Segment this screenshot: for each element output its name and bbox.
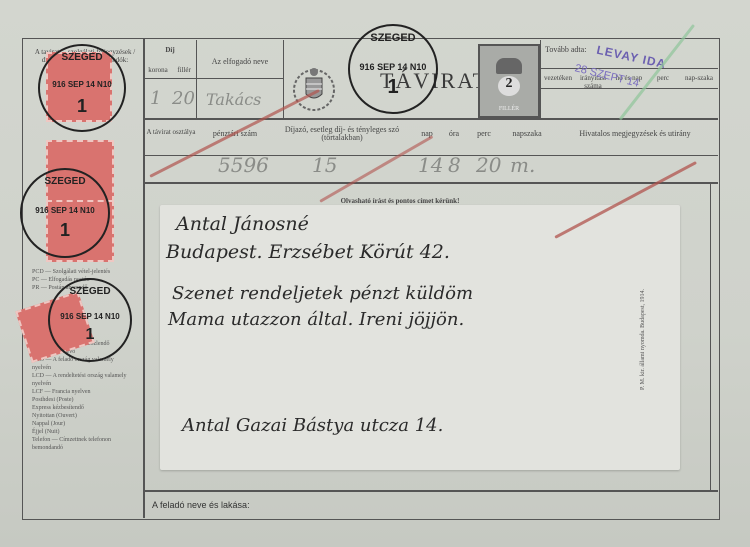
address-line: Budapest. Erzsébet Körút 42. xyxy=(166,241,450,263)
postmark-city: SZEGED xyxy=(350,32,436,44)
acceptor-header: Az elfogadó neve xyxy=(200,58,280,66)
imprinted-stamp: 2 FILLÉR xyxy=(478,44,540,118)
body-line-1: Szenet rendeljetek pénzt küldöm xyxy=(172,283,473,304)
postmark-1: SZEGED 916 SEP 14 N10 1 xyxy=(38,44,126,132)
col-remarks: Hivatalos megjegyzések és utirány xyxy=(556,130,714,138)
coat-of-arms-icon xyxy=(290,60,338,112)
forward-sub-rule2 xyxy=(540,88,718,89)
period-value: m. xyxy=(510,153,535,177)
fee-korona-value: 1 xyxy=(150,88,161,109)
forward-sub-rule xyxy=(540,68,718,69)
col-words: Díjazó, esetleg díj- és tényleges szó (t… xyxy=(276,126,408,142)
right-margin-rule xyxy=(710,184,711,490)
postmark-3: SZEGED 916 SEP 14 N10 1 xyxy=(48,278,132,362)
forward-col-5: nap-szaka xyxy=(682,74,716,82)
postmark-date: 916 SEP 14 N10 xyxy=(22,206,108,215)
postmark-number: 1 xyxy=(40,96,124,117)
postmark-number: 1 xyxy=(22,220,108,241)
postmark-date: 916 SEP 14 N10 xyxy=(350,62,436,72)
crown-icon xyxy=(496,58,522,74)
postmark-2: SZEGED 916 SEP 14 N10 1 xyxy=(20,168,110,258)
sender-label: A feladó neve és lakása: xyxy=(152,500,250,510)
cashier-number-value: 5596 xyxy=(218,153,269,177)
legend-item: Nyitottan (Ouvert) xyxy=(32,412,132,420)
forward-col-1: vezetéken xyxy=(542,74,574,82)
sender-row-rule xyxy=(143,490,718,492)
legend-item: Express kézbesítendő xyxy=(32,404,132,412)
day-value: 14 xyxy=(418,153,443,177)
fee-filler-value: 20 xyxy=(172,88,195,109)
col-hour: óra xyxy=(442,130,466,138)
message-slip: Antal Jánosné Budapest. Erzsébet Körút 4… xyxy=(160,205,680,470)
fee-filler-label: fillér xyxy=(172,66,196,74)
col-class: A távirat osztálya xyxy=(146,128,196,136)
telegram-form: A tavirat ... szolgálati feljegyzések / … xyxy=(0,0,750,547)
legend-item: LCD — A rendeltetési ország valamely nye… xyxy=(32,372,132,388)
postmark-city: SZEGED xyxy=(22,176,108,187)
signature-line: Antal Gazai Bástya utcza 14. xyxy=(182,415,443,436)
legend-item: Nappal (Jour) xyxy=(32,420,132,428)
fee-acceptor-divider xyxy=(196,40,197,118)
postmark-city: SZEGED xyxy=(50,286,130,297)
legend-item: LCF — Francia nyelven xyxy=(32,388,132,396)
left-column-rule xyxy=(143,38,145,518)
minute-value: 20 xyxy=(476,153,501,177)
forward-divider xyxy=(540,40,541,118)
imprinted-stamp-caption: FILLÉR xyxy=(480,106,538,112)
postmark-number: 1 xyxy=(350,76,436,99)
hour-value: 8 xyxy=(448,153,461,177)
legend-item: Posthdesi (Poste) xyxy=(32,396,132,404)
legend-item: Telefon — Címzettnek telefonon bemondand… xyxy=(32,436,132,452)
postmark-date: 916 SEP 14 N10 xyxy=(50,312,130,321)
imprinted-stamp-value: 2 xyxy=(498,76,520,96)
word-count-value: 15 xyxy=(312,153,337,177)
recipient-line: Antal Jánosné xyxy=(176,213,309,235)
legend-item: Éjjel (Nuit) xyxy=(32,428,132,436)
row2-bottom-rule xyxy=(143,182,718,184)
postmark-main: SZEGED 916 SEP 14 N10 1 xyxy=(348,24,438,114)
fee-sub-rule xyxy=(143,78,283,79)
printer-note: P. M. kir. állami nyomda. Budapest, 1914… xyxy=(640,190,646,390)
fee-header: Díj xyxy=(150,46,190,54)
acceptor-name-value: Takács xyxy=(206,90,261,109)
postmark-city: SZEGED xyxy=(40,52,124,63)
legend-item: PCD — Szolgálati vétel-jelentés xyxy=(32,268,132,276)
postmark-date: 916 SEP 14 N10 xyxy=(40,80,124,89)
col-period: napszaka xyxy=(502,130,552,138)
postmark-number: 1 xyxy=(50,326,130,344)
header-row-rule xyxy=(143,118,718,120)
col-minute: perc xyxy=(470,130,498,138)
readable-note: Olvasható írást és pontos címet kérünk! xyxy=(310,197,490,205)
fee-korona-label: korona xyxy=(145,66,171,74)
body-line-2: Mama utazzon által. Ireni jöjjön. xyxy=(168,309,464,330)
